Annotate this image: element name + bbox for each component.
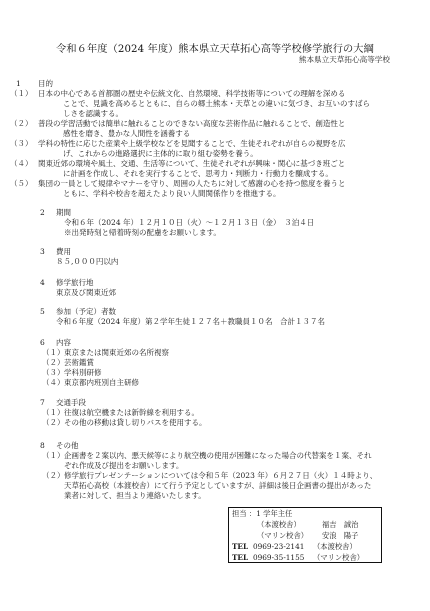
item-text: 学科別研修 [64,368,102,378]
section-heading: 目的 [38,79,53,89]
section-text: 東京及び関東近郊 [56,288,116,298]
item-text: 東京または関東近郊の名所視察 [64,348,169,358]
item-text: 普段の学習活動では簡単に触れることのできない高度な芸術作品に触れることで、創造性… [38,119,345,129]
phone-number: 0969-23-2141 [253,542,304,552]
item-label: （３） [42,368,65,378]
item-label: （１） [10,89,33,99]
item-label: （２） [10,119,33,129]
item-label: （１） [42,451,65,461]
item-label: （２） [42,471,65,481]
section-heading: 費用 [56,247,71,257]
section-number: 3 [40,247,45,257]
phone-campus: （本渡校舎） [313,542,357,552]
section-heading: その他 [56,441,79,451]
section-text: ※出発時刻と帰着時刻の配慮をお願いします。 [64,228,221,238]
item-text: 東京都内班別自主研修 [64,378,139,388]
contact-campus: （本渡校舎） [257,520,301,530]
item-label: （４） [10,159,33,169]
section-heading: 交通手段 [56,398,86,408]
document-title: 令和６年度（2024 年度）熊本県立天草拓心高等学校修学旅行の大綱 [0,40,430,55]
section-number: 2 [40,208,45,218]
contact-name: 安浪 陽子 [322,531,358,541]
section-number: 4 [40,278,45,288]
item-text: に計画を作成し、それを実行することで、思考力・判断力・行動力を醸成する。 [63,169,333,179]
item-text: 感性を磨き、豊かな人間性を涵養する [63,129,190,139]
item-text: 学科の特性に応じた産業や上級学校などを見聞することで、生徒それぞれが自らの視野を… [38,139,345,149]
phone-campus: （マリン校舎） [313,553,364,563]
section-number: 6 [40,338,45,348]
section-number: 7 [40,398,45,408]
item-label: （５） [10,179,33,189]
section-heading: 内容 [56,338,71,348]
item-text: ぞれ作成及び提出をお願いします。 [64,461,183,471]
item-label: （４） [42,378,65,388]
item-text: 天草拓心高校（本渡校舎）にて行う予定としていますが、詳細は後日企画書の提出があっ… [64,481,371,491]
contact-name: 福吉 誠治 [322,520,358,530]
contact-header: 担当 ：1 学年主任 [232,509,292,519]
document-page: 令和６年度（2024 年度）熊本県立天草拓心高等学校修学旅行の大綱 熊本県立天草… [0,0,430,611]
contact-campus: （マリン校舎） [257,531,308,541]
phone-label: TEL [232,542,248,552]
item-label: （１） [42,408,65,418]
contact-box: 担当 ：1 学年主任 （本渡校舎） 福吉 誠治 （マリン校舎） 安浪 陽子 TE… [228,507,382,563]
section-number: 1 [16,79,21,89]
item-text: 集団の一員として規律やマナーを守り、周囲の人たちに対して感謝の心を持つ態度を養う… [38,179,346,189]
section-text: 令和６年度（2024 年度）第２学年生徒１２７名＋教職員１０名 合計１３７名 [56,317,325,327]
item-label: （２） [42,358,65,368]
section-number: 5 [40,307,45,317]
organization-name: 熊本県立天草拓心高等学校 [299,54,390,65]
item-label: （２） [42,418,65,428]
item-text: その他の移動は貸し切りバスを使用する。 [64,418,207,428]
section-heading: 参加（予定）者数 [56,307,116,317]
section-heading: 修学旅行地 [56,278,94,288]
item-text: しさを認識する。 [63,109,123,119]
section-number: 8 [40,441,45,451]
item-text: ともに、学科や校舎を超えたより良い人間関係作りを推進する。 [63,189,281,199]
item-text: ことで、見識を高めるとともに、自らの郷土熊本・天草との違いに気づき、お互いのすば… [63,99,370,109]
item-text: 芸術鑑賞 [64,358,94,368]
item-text: 業者に対して、担当より連絡いたします。 [64,491,206,501]
item-text: 関東近郊の環境や風土、交通、生活等について、生徒それぞれが興味・関心に基づき班ご… [38,159,345,169]
phone-number: 0969-35-1155 [253,553,304,563]
item-text: 往復は航空機または新幹線を利用する。 [64,408,199,418]
section-text: ８５,０００円以内 [56,257,118,267]
section-text: 令和６年（2024 年）１２月１０日（火）～１２月１３日（金） ３泊４日 [64,218,314,228]
section-heading: 期間 [56,208,71,218]
item-label: （３） [10,139,33,149]
phone-label: TEL [232,553,248,563]
item-text: げ、これからの進路選択に主体的に取り組む姿勢を養う。 [63,149,258,159]
item-text: 企画書を２案以内、悪天候等により航空機の使用が困難になった場合の代替案を１案、そ… [64,451,372,461]
item-label: （１） [42,348,65,358]
item-text: 日本の中心である首都圏の歴史や伝統文化、自然環境、科学技術等についての理解を深め… [38,89,345,99]
item-text: 修学旅行プレゼンテーションについては令和５年（2023 年）６月２７日（火）１４… [64,471,377,481]
